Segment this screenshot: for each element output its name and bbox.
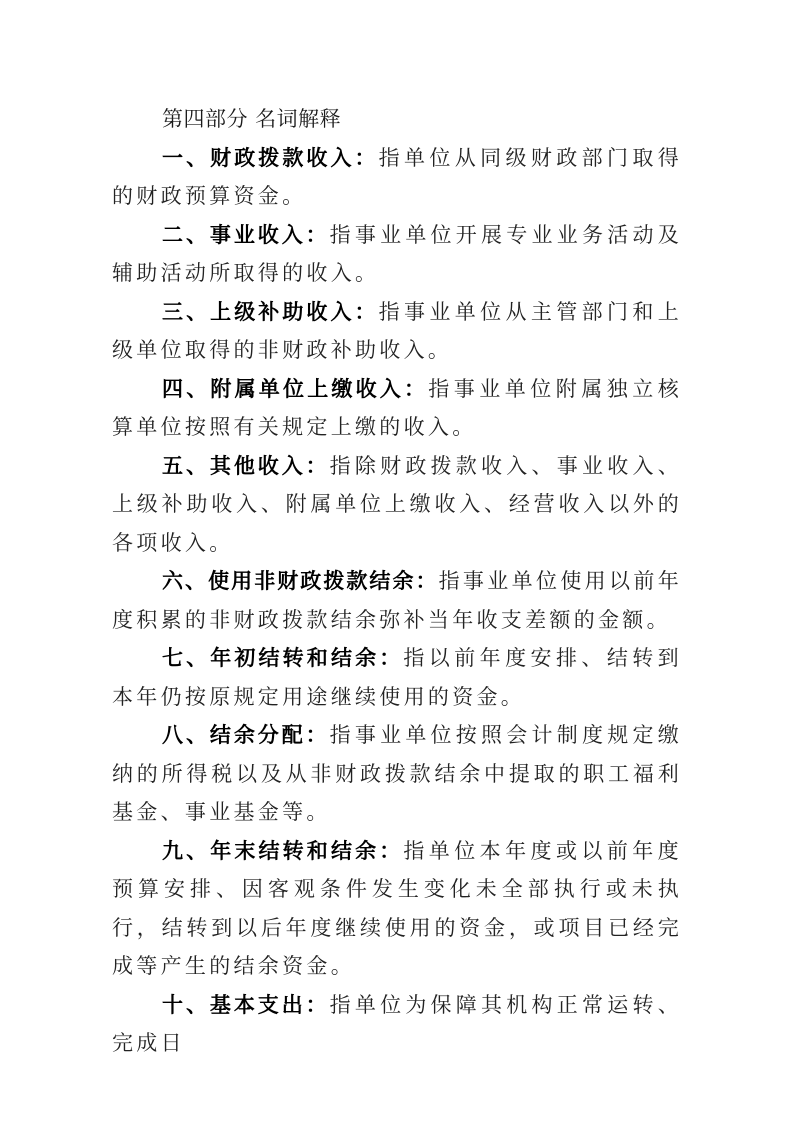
- term-name: 十、基本支出：: [162, 993, 330, 1017]
- term-paragraph: 三、上级补助收入：指事业单位从主管部门和上级单位取得的非财政补助收入。: [112, 293, 682, 370]
- term-paragraph: 五、其他收入：指除财政拨款收入、事业收入、上级补助收入、附属单位上缴收入、经营收…: [112, 447, 682, 563]
- term-name: 七、年初结转和结余：: [162, 646, 403, 670]
- term-name: 九、年末结转和结余：: [162, 839, 403, 863]
- term-name: 八、结余分配：: [162, 723, 330, 747]
- term-paragraph: 八、结余分配：指事业单位按照会计制度规定缴纳的所得税以及从非财政拨款结余中提取的…: [112, 716, 682, 832]
- term-name: 三、上级补助收入：: [162, 300, 379, 324]
- term-paragraph: 九、年末结转和结余：指单位本年度或以前年度预算安排、因客观条件发生变化未全部执行…: [112, 832, 682, 986]
- section-title: 第四部分 名词解释: [112, 100, 682, 139]
- term-paragraph: 一、财政拨款收入：指单位从同级财政部门取得的财政预算资金。: [112, 139, 682, 216]
- term-paragraph: 二、事业收入：指事业单位开展专业业务活动及辅助活动所取得的收入。: [112, 216, 682, 293]
- term-name: 五、其他收入：: [162, 454, 330, 478]
- term-name: 六、使用非财政拨款结余：: [162, 569, 439, 593]
- term-name: 一、财政拨款收入：: [162, 146, 379, 170]
- term-paragraph: 十、基本支出：指单位为保障其机构正常运转、完成日: [112, 986, 682, 1063]
- term-paragraph: 四、附属单位上缴收入：指事业单位附属独立核算单位按照有关规定上缴的收入。: [112, 370, 682, 447]
- term-name: 二、事业收入：: [162, 223, 330, 247]
- term-paragraph: 六、使用非财政拨款结余：指事业单位使用以前年度积累的非财政拨款结余弥补当年收支差…: [112, 562, 682, 639]
- document-page: 第四部分 名词解释 一、财政拨款收入：指单位从同级财政部门取得的财政预算资金。 …: [112, 100, 682, 1063]
- term-name: 四、附属单位上缴收入：: [162, 377, 428, 401]
- term-paragraph: 七、年初结转和结余：指以前年度安排、结转到本年仍按原规定用途继续使用的资金。: [112, 639, 682, 716]
